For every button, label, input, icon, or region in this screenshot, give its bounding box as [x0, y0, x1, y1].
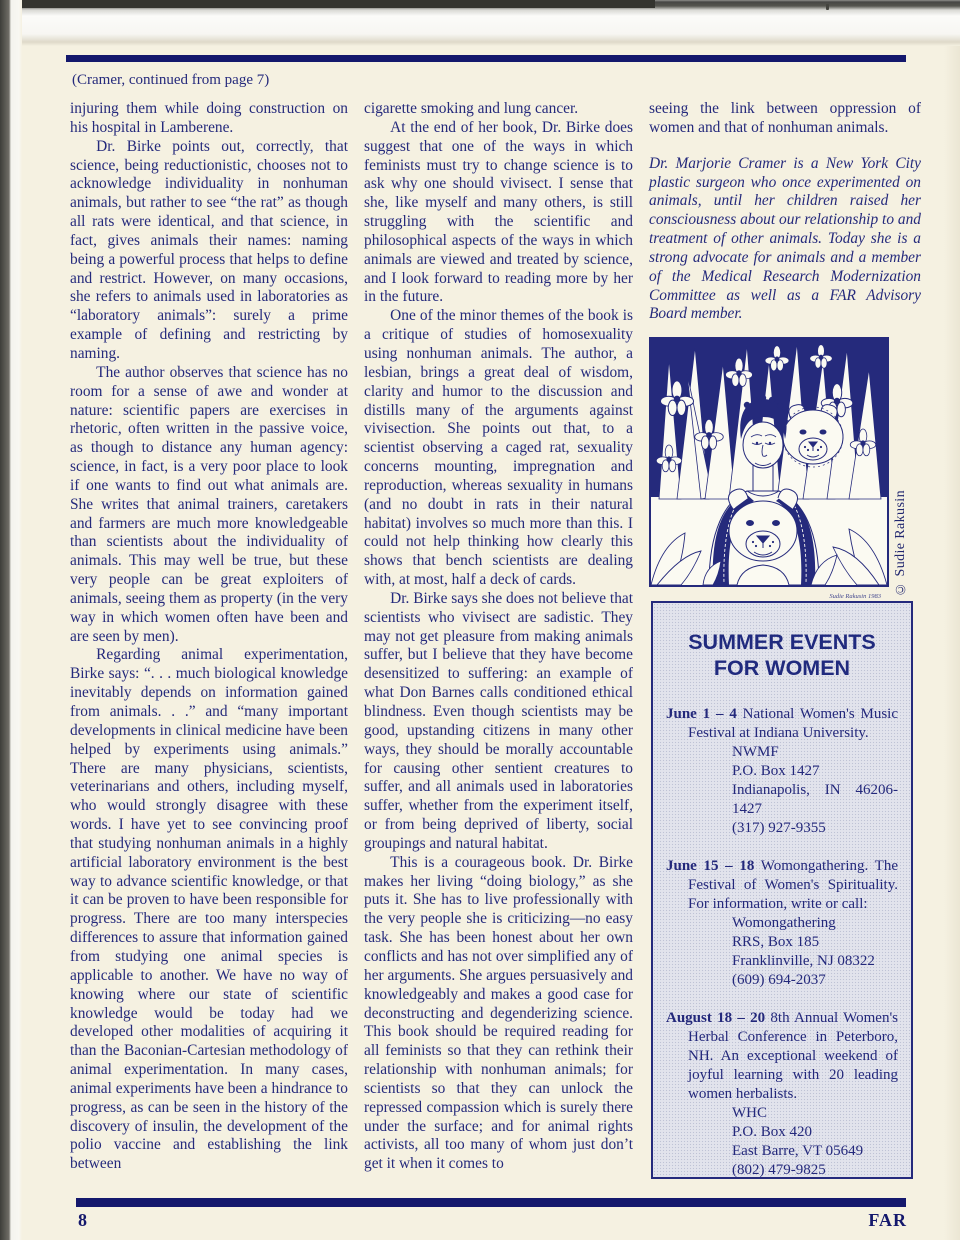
scan-edge-left — [0, 0, 22, 1240]
publication-name: FAR — [868, 1210, 907, 1231]
event-head: June 1 – 4 National Women's Music Festiv… — [666, 705, 898, 743]
article-paragraph: One of the minor themes of the book is a… — [364, 307, 633, 590]
contact-line: East Barre, VT 05649 — [732, 1142, 898, 1161]
events-title: SUMMER EVENTS FOR WOMEN — [666, 629, 898, 681]
event-entry: August 18 – 20 8th Annual Women's Herbal… — [666, 1009, 898, 1180]
article-paragraph: injuring them while doing construction o… — [70, 100, 348, 138]
woman-with-lions-drawing — [651, 339, 887, 585]
illustration: Sudie Rakusin 1983 © Sudie Rakusin — [649, 337, 921, 601]
contact-line: Franklinville, NJ 08322 — [732, 952, 898, 971]
contact-line: P.O. Box 1427 — [732, 762, 898, 781]
contact-line: RRS, Box 185 — [732, 933, 898, 952]
contact-line: (802) 479-9825 — [732, 1161, 898, 1180]
contact-line: (609) 694-2037 — [732, 971, 898, 990]
article-paragraph: Regarding animal experimentation, Birke … — [70, 646, 348, 1174]
article-paragraph: Dr. Birke says she does not believe that… — [364, 590, 633, 854]
contact-line: Indianapolis, IN 46206-1427 — [732, 781, 898, 819]
events-title-line: FOR WOMEN — [666, 655, 898, 681]
contact-line: Womongathering — [732, 914, 898, 933]
author-bio: Dr. Marjorie Cramer is a New York City p… — [649, 155, 921, 325]
article-paragraph: Dr. Birke points out, correctly, that sc… — [70, 138, 348, 364]
article-column-3: seeing the link between oppression of wo… — [649, 100, 921, 1179]
scan-speck — [826, 4, 829, 10]
artist-credit: © Sudie Rakusin — [892, 490, 911, 596]
event-entry: June 15 – 18 Womongathering. The Festiva… — [666, 857, 898, 990]
contact-line: WHC — [732, 1104, 898, 1123]
scan-edge-right — [944, 46, 960, 1240]
illustration-frame — [649, 337, 889, 587]
event-head: August 18 – 20 8th Annual Women's Herbal… — [666, 1009, 898, 1104]
event-contact: WHC P.O. Box 420 East Barre, VT 05649 (8… — [666, 1104, 898, 1180]
page-number: 8 — [78, 1210, 87, 1231]
contact-line: P.O. Box 420 — [732, 1123, 898, 1142]
event-contact: Womongathering RRS, Box 185 Franklinvill… — [666, 914, 898, 990]
event-entry: June 1 – 4 National Women's Music Festiv… — [666, 705, 898, 838]
events-title-line: SUMMER EVENTS — [666, 629, 898, 655]
event-date: August 18 – 20 — [666, 1010, 765, 1026]
article-paragraph: This is a courageous book. Dr. Birke mak… — [364, 854, 633, 1174]
article-column-1: injuring them while doing construction o… — [70, 100, 348, 1174]
event-date: June 15 – 18 — [666, 858, 754, 874]
bottom-rule — [76, 1198, 906, 1207]
event-head: June 15 – 18 Womongathering. The Festiva… — [666, 857, 898, 914]
scan-edge-top-dark — [0, 0, 655, 8]
contact-line: (317) 927-9355 — [732, 819, 898, 838]
scanned-page: (Cramer, continued from page 7) injuring… — [0, 0, 960, 1240]
event-contact: NWMF P.O. Box 1427 Indianapolis, IN 4620… — [666, 743, 898, 838]
article-column-2: cigarette smoking and lung cancer. At th… — [364, 100, 633, 1174]
article-paragraph: cigarette smoking and lung cancer. — [364, 100, 633, 119]
article-paragraph: At the end of her book, Dr. Birke does s… — [364, 119, 633, 307]
event-date: June 1 – 4 — [666, 706, 737, 722]
top-rule — [66, 55, 906, 62]
summer-events-box: SUMMER EVENTS FOR WOMEN June 1 – 4 Natio… — [651, 601, 913, 1179]
article-paragraph: seeing the link between oppression of wo… — [649, 100, 921, 138]
contact-line: NWMF — [732, 743, 898, 762]
article-paragraph: The author observes that science has no … — [70, 364, 348, 647]
continuation-note: (Cramer, continued from page 7) — [72, 72, 269, 89]
